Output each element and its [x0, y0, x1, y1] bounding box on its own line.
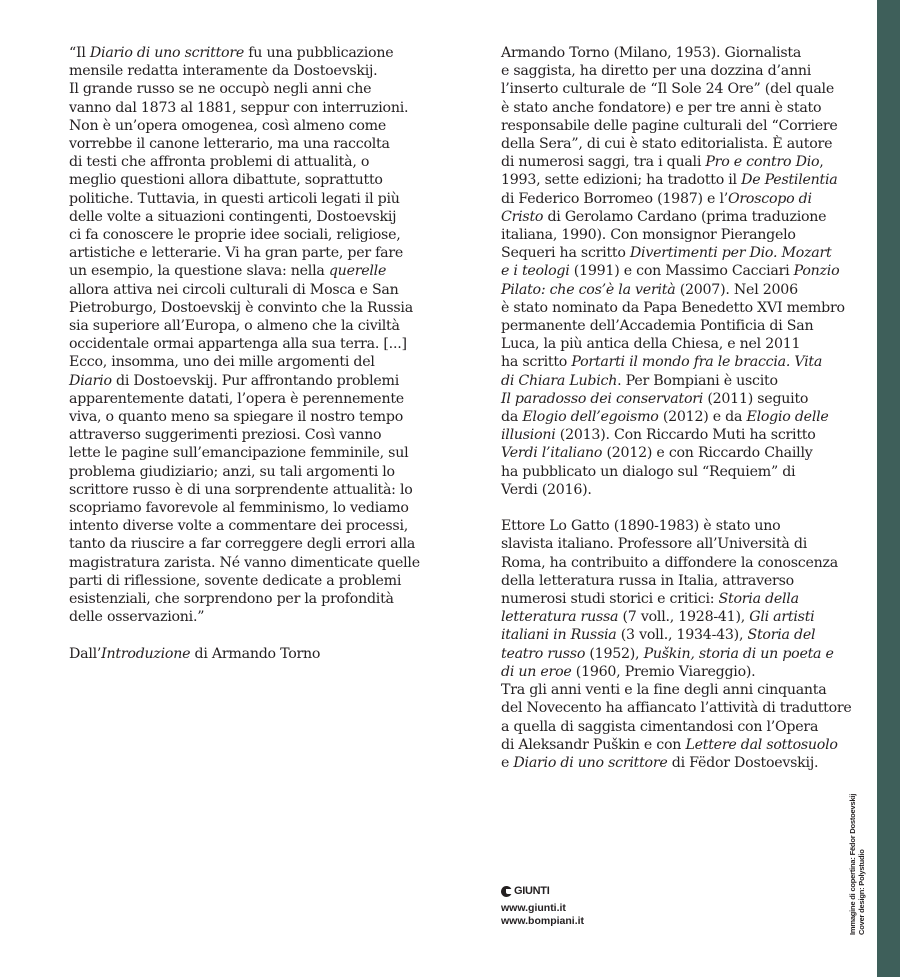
text-line: vanno dal 1873 al 1881, seppur con inter… [69, 99, 404, 117]
text-line: numerosi studi storici e critici: Storia… [501, 590, 846, 608]
text-line: apparentemente datati, l’opera è perenne… [69, 390, 404, 408]
text-line: italiani in Russia (3 voll., 1934-43), S… [501, 626, 846, 644]
text-line: di un eroe (1960, Premio Viareggio). [501, 663, 846, 681]
text-line: Verdi (2016). [501, 481, 846, 499]
attribution-italic-title: Introduzione [101, 646, 190, 662]
text-line: di Federico Borromeo (1987) e l’Oroscopo… [501, 190, 846, 208]
text-line: intento diverse volte a commentare dei p… [69, 517, 404, 535]
text-line: Ettore Lo Gatto (1890-1983) è stato uno [501, 517, 846, 535]
text-line: è stato nominato da Papa Benedetto XVI m… [501, 299, 846, 317]
text-line: allora attiva nei circoli culturali di M… [69, 281, 404, 299]
text-line: Pilato: che cos’è la verità (2007). Nel … [501, 281, 846, 299]
text-line: è stato anche fondatore) e per tre anni … [501, 99, 846, 117]
text-line: Tra gli anni venti e la fine degli anni … [501, 681, 846, 699]
ettore-lo-gatto-bio: Ettore Lo Gatto (1890-1983) è stato unos… [501, 517, 846, 772]
text-line: Verdi l’italiano (2012) e con Riccardo C… [501, 444, 846, 462]
text-line: letteratura russa (7 voll., 1928-41), Gl… [501, 608, 846, 626]
text-line: e saggista, ha diretto per una dozzina d… [501, 62, 846, 80]
text-line: magistratura zarista. Né vanno dimentica… [69, 554, 404, 572]
text-line: scrittore russo è di una sorprendente at… [69, 481, 404, 499]
text-line: Diario di Dostoevskij. Pur affrontando p… [69, 372, 404, 390]
text-line: scopriamo favorevole al femminismo, lo v… [69, 499, 404, 517]
text-line: Roma, ha contribuito a diffondere la con… [501, 554, 846, 572]
giunti-logo: GIUNTI [501, 885, 584, 897]
giunti-logo-text: GIUNTI [514, 885, 549, 897]
text-line: italiana, 1990). Con monsignor Pierangel… [501, 226, 846, 244]
text-line: politiche. Tuttavia, in questi articoli … [69, 190, 404, 208]
text-line: e i teologi (1991) e con Massimo Cacciar… [501, 262, 846, 280]
text-line: “Il Diario di uno scrittore fu una pubbl… [69, 44, 404, 62]
attribution-prefix: Dall’ [69, 646, 101, 662]
text-line: Non è un’opera omogenea, così almeno com… [69, 117, 404, 135]
text-line: problema giudiziario; anzi, su tali argo… [69, 463, 404, 481]
text-line: illusioni (2013). Con Riccardo Muti ha s… [501, 426, 846, 444]
text-line: slavista italiano. Professore all’Univer… [501, 535, 846, 553]
back-cover-quote-column: “Il Diario di uno scrittore fu una pubbl… [69, 44, 404, 681]
text-line: a quella di saggista cimentandosi con l’… [501, 718, 846, 736]
text-line: di numerosi saggi, tra i quali Pro e con… [501, 153, 846, 171]
text-line: parti di riflessione, sovente dedicate a… [69, 572, 404, 590]
text-line: occidentale ormai appartenga alla sua te… [69, 335, 404, 353]
text-line: della Sera”, di cui è stato editorialist… [501, 135, 846, 153]
text-line: sia superiore all’Europa, o almeno che l… [69, 317, 404, 335]
text-line: Il grande russo se ne occupò negli anni … [69, 80, 404, 98]
text-line: l’inserto culturale de “Il Sole 24 Ore” … [501, 80, 846, 98]
text-line: vorrebbe il canone letterario, ma una ra… [69, 135, 404, 153]
quote-attribution: Dall’Introduzione di Armando Torno [69, 645, 404, 663]
text-line: attraverso suggerimenti preziosi. Così v… [69, 426, 404, 444]
text-line: artistiche e letterarie. Vi ha gran part… [69, 244, 404, 262]
giunti-url-link[interactable]: www.giunti.it [501, 902, 584, 915]
text-line: permanente dell’Accademia Pontificia di … [501, 317, 846, 335]
text-line: da Elogio dell’egoismo (2012) e da Elogi… [501, 408, 846, 426]
text-line: ci fa conoscere le proprie idee sociali,… [69, 226, 404, 244]
attribution-suffix: di Armando Torno [190, 646, 320, 662]
text-line: ha pubblicato un dialogo sul “Requiem” d… [501, 463, 846, 481]
text-line: Cristo di Gerolamo Cardano (prima traduz… [501, 208, 846, 226]
cover-design-credit: Cover design: Polystudio [858, 775, 867, 935]
text-line: Sequeri ha scritto Divertimenti per Dio.… [501, 244, 846, 262]
armando-torno-bio: Armando Torno (Milano, 1953). Giornalist… [501, 44, 846, 499]
text-line: responsabile delle pagine culturali del … [501, 117, 846, 135]
text-line: delle osservazioni.” [69, 608, 404, 626]
text-line: delle volte a situazioni contingenti, Do… [69, 208, 404, 226]
text-line: Armando Torno (Milano, 1953). Giornalist… [501, 44, 846, 62]
bompiani-url-link: www.bompiani.it [501, 915, 584, 928]
text-line: della letteratura russa in Italia, attra… [501, 572, 846, 590]
text-line: meglio questioni allora dibattute, sopra… [69, 171, 404, 189]
text-line: lette le pagine sull’emancipazione femmi… [69, 444, 404, 462]
text-line: Luca, la più antica della Chiesa, e nel … [501, 335, 846, 353]
publisher-block: GIUNTI www.giunti.it www.bompiani.it [501, 885, 584, 928]
text-line: del Novecento ha affiancato l’attività d… [501, 699, 846, 717]
text-line: teatro russo (1952), Puškin, storia di u… [501, 645, 846, 663]
text-line: Pietroburgo, Dostoevskij è convinto che … [69, 299, 404, 317]
cover-credits: Immagine di copertina: Fëdor Dostoevskij… [849, 775, 866, 935]
introduction-quote: “Il Diario di uno scrittore fu una pubbl… [69, 44, 404, 627]
text-line: di Chiara Lubich. Per Bompiani è uscito [501, 372, 846, 390]
giunti-g-logo-icon [501, 886, 512, 897]
text-line: ha scritto Portarti il mondo fra le brac… [501, 353, 846, 371]
text-line: esistenziali, che sorprendono per la pro… [69, 590, 404, 608]
text-line: un esempio, la questione slava: nella qu… [69, 262, 404, 280]
text-line: Ecco, insomma, uno dei mille argomenti d… [69, 353, 404, 371]
text-line: e Diario di uno scrittore di Fëdor Dosto… [501, 754, 846, 772]
text-line: Il paradosso dei conservatori (2011) seg… [501, 390, 846, 408]
text-line: tanto da riuscire a far correggere degli… [69, 535, 404, 553]
text-line: di testi che affronta problemi di attual… [69, 153, 404, 171]
author-bios-column: Armando Torno (Milano, 1953). Giornalist… [501, 44, 846, 790]
text-line: mensile redatta interamente da Dostoevsk… [69, 62, 404, 80]
text-line: viva, o quanto meno sa spiegare il nostr… [69, 408, 404, 426]
text-line: di Aleksandr Puškin e con Lettere dal so… [501, 736, 846, 754]
spine-color-band [877, 0, 900, 977]
text-line: 1993, sette edizioni; ha tradotto il De … [501, 171, 846, 189]
